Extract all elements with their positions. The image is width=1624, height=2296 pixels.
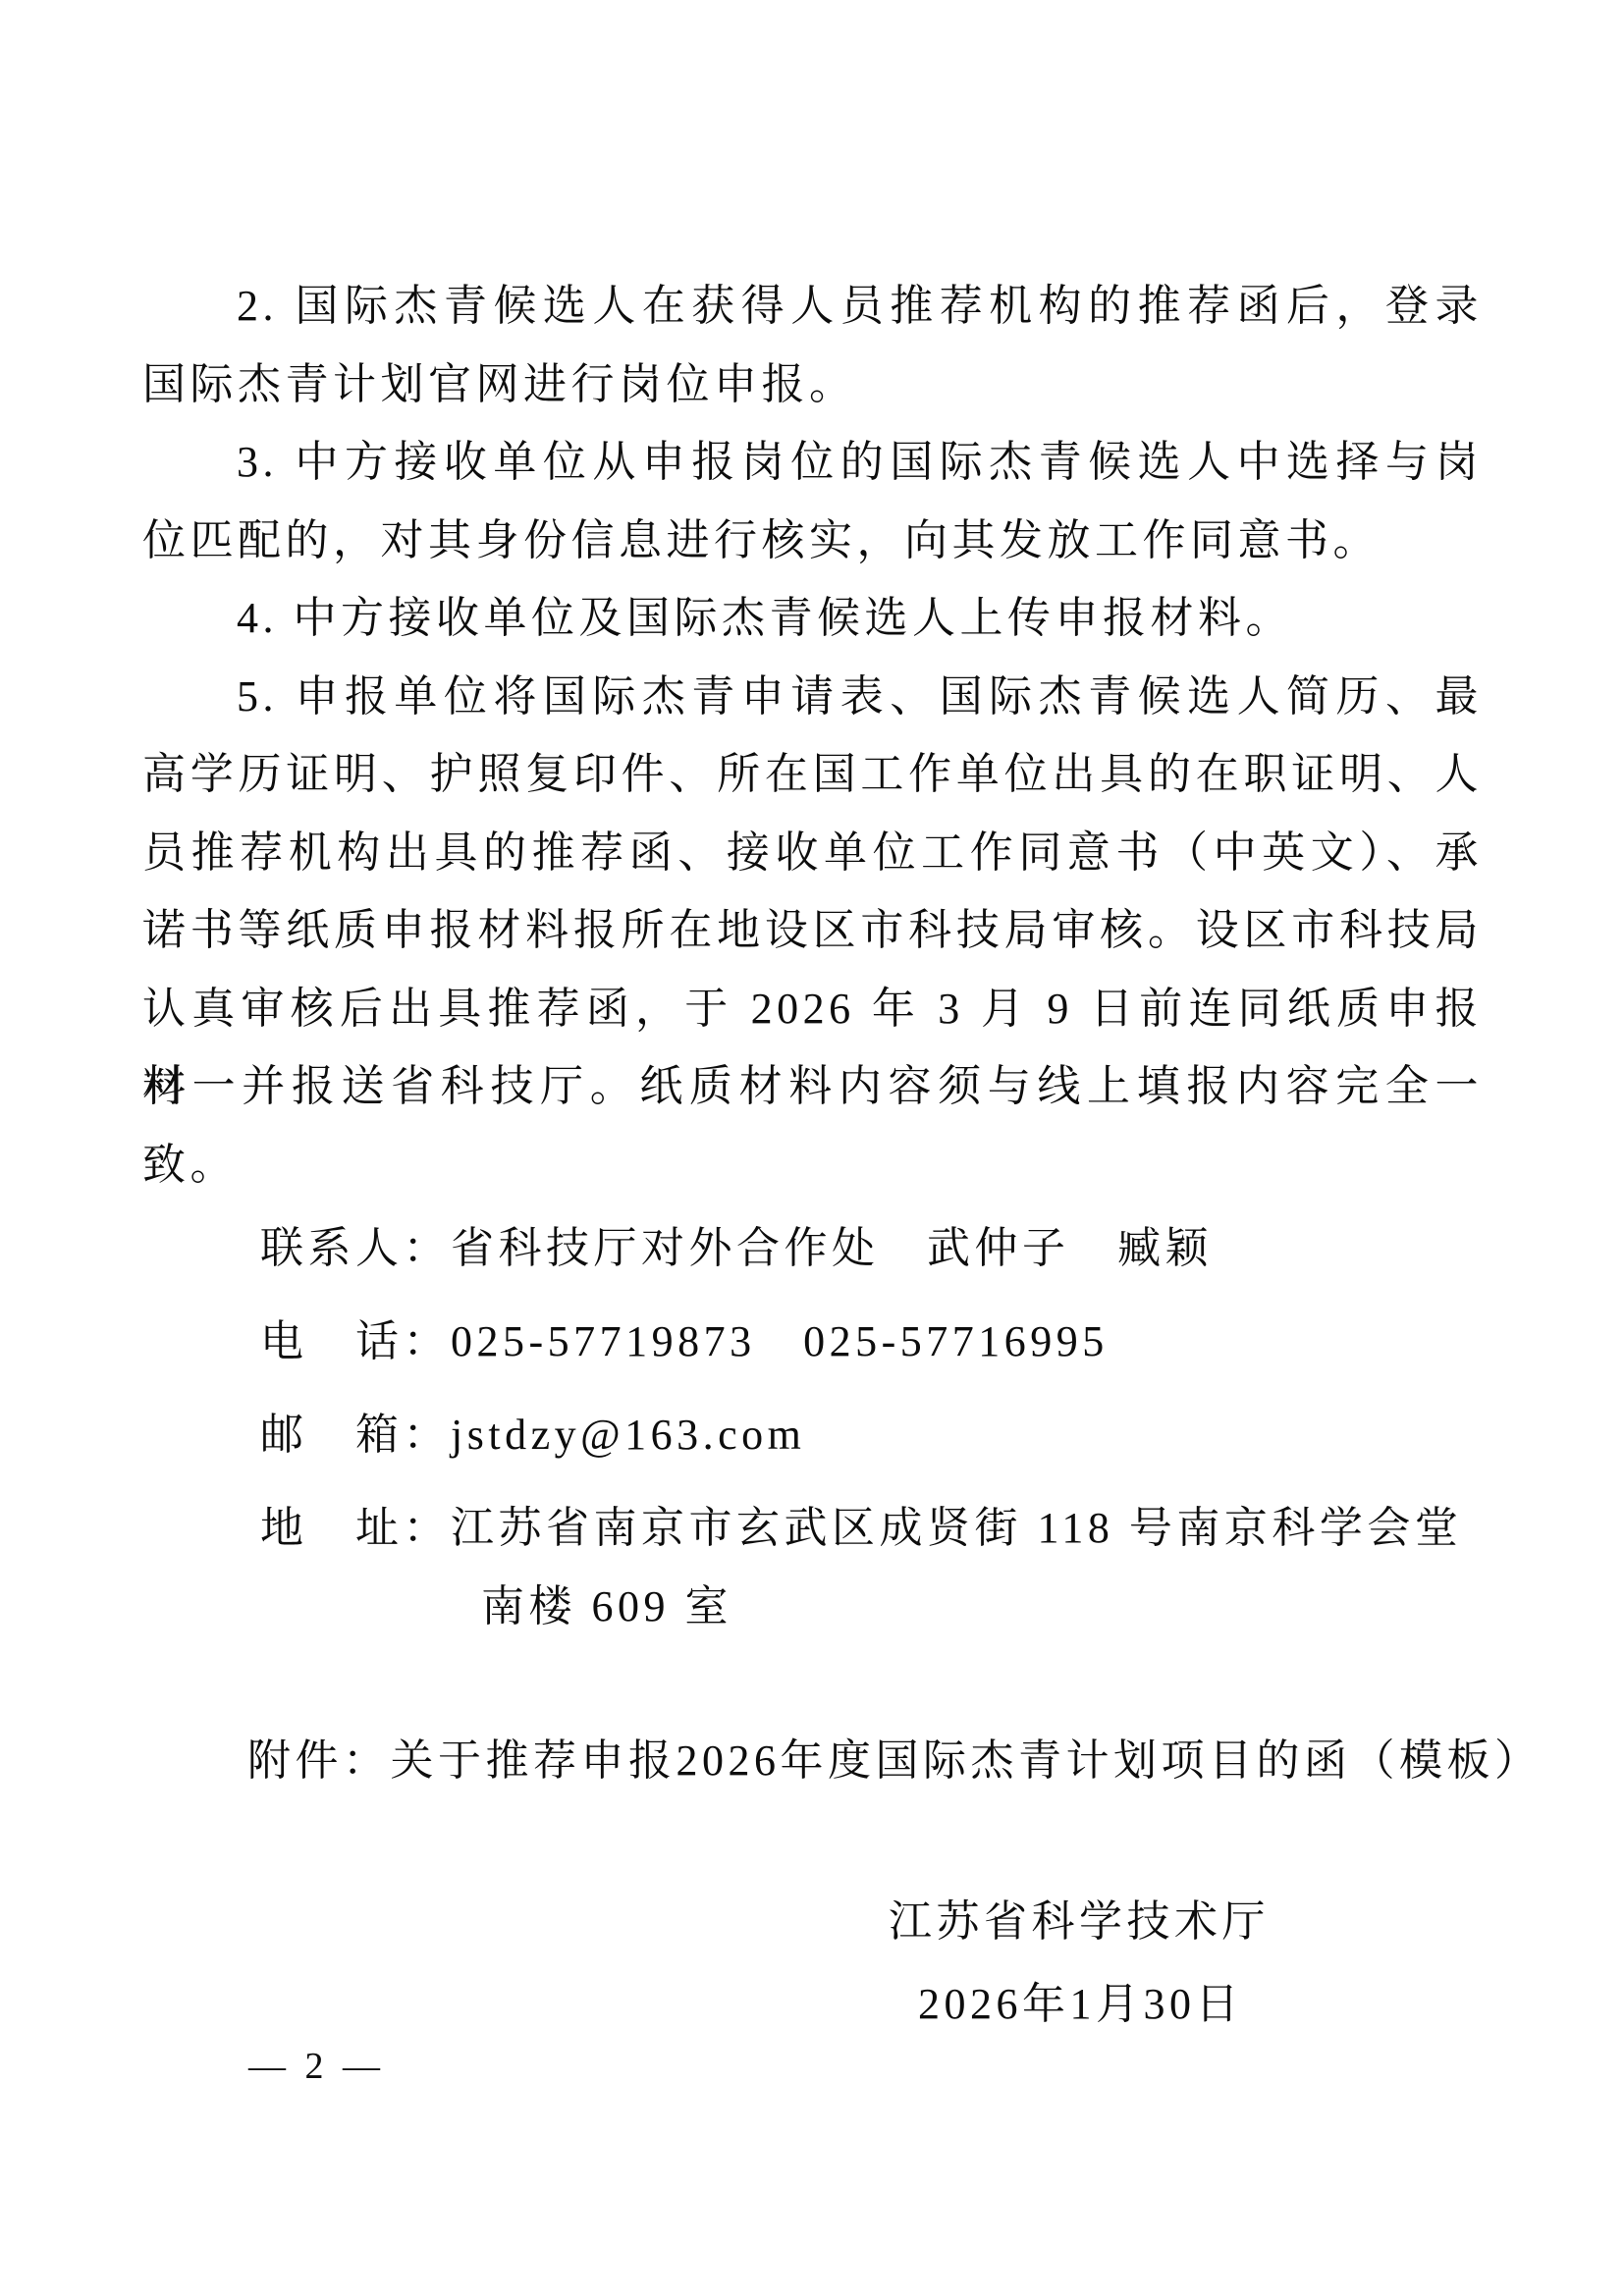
paragraph-line: 员推荐机构出具的推荐函、接收单位工作同意书（中英文）、承 [142, 814, 1483, 892]
contact-address-line: 地 址：江苏省南京市玄武区成贤街 118 号南京科学会堂 [142, 1489, 1483, 1568]
paragraph-line: 致。 [142, 1126, 1483, 1204]
contact-email-line: 邮 箱：jstdzy@163.com [142, 1396, 1483, 1474]
document-body: 2. 国际杰青候选人在获得人员推荐机构的推荐函后，登录 国际杰青计划官网进行岗位… [142, 0, 1483, 2044]
paragraph-line: 5. 申报单位将国际杰青申请表、国际杰青候选人简历、最 [142, 658, 1483, 736]
signature-organization: 江苏省科学技术厅 [142, 1883, 1483, 1961]
contact-address-line-continued: 南楼 609 室 [142, 1568, 1483, 1646]
document-page: 2. 国际杰青候选人在获得人员推荐机构的推荐函后，登录 国际杰青计划官网进行岗位… [0, 0, 1624, 2296]
signature-date: 2026年1月30日 [142, 1965, 1483, 2044]
contact-phone-line: 电 话：025-57719873 025-57716995 [142, 1303, 1483, 1381]
paragraph-line: 国际杰青计划官网进行岗位申报。 [142, 346, 1483, 424]
paragraph-line: 高学历证明、护照复印件、所在国工作单位出具的在职证明、人 [142, 735, 1483, 814]
paragraph-line: 诺书等纸质申报材料报所在地设区市科技局审核。设区市科技局 [142, 891, 1483, 970]
paragraph-line: 3. 中方接收单位从申报岗位的国际杰青候选人中选择与岗 [142, 423, 1483, 502]
paragraph-line: 2. 国际杰青候选人在获得人员推荐机构的推荐函后，登录 [142, 267, 1483, 346]
paragraph-line: 4. 中方接收单位及国际杰青候选人上传申报材料。 [142, 579, 1483, 658]
paragraph-line: 位匹配的，对其身份信息进行核实，向其发放工作同意书。 [142, 502, 1483, 580]
page-number: — 2 — [248, 2042, 385, 2091]
paragraph-line: 认真审核后出具推荐函，于 2026 年 3 月 9 日前连同纸质申报材 [142, 970, 1483, 1048]
attachment-line: 附件：关于推荐申报2026年度国际杰青计划项目的函（模板） [142, 1722, 1483, 1800]
contact-person-line: 联系人：省科技厅对外合作处 武仲子 臧颖 [142, 1209, 1483, 1288]
paragraph-line: 料一并报送省科技厅。纸质材料内容须与线上填报内容完全一 [142, 1047, 1483, 1126]
